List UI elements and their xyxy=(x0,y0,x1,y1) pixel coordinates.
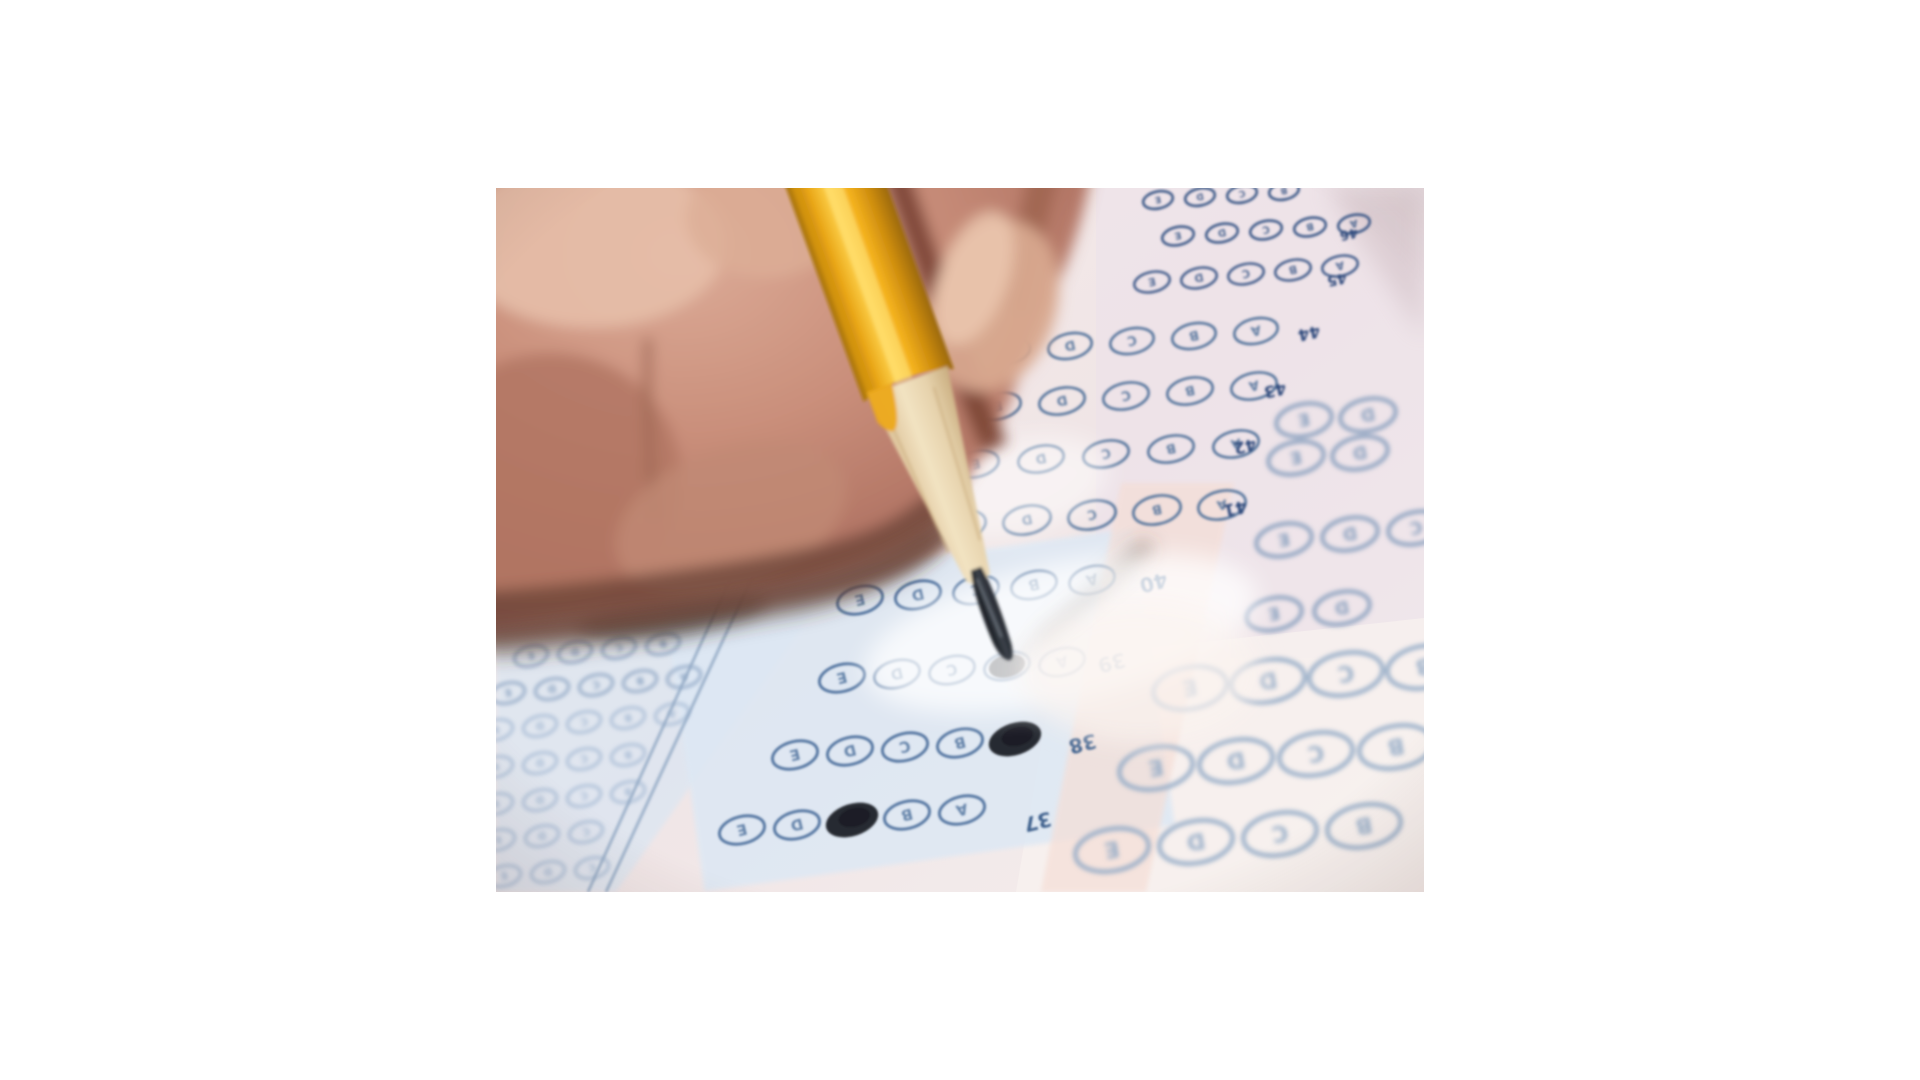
photo-scene: EDCBEDCBAEDCBAEDCBEDCBEDCEDC EDCBA40EDCA… xyxy=(496,188,1424,892)
vignette xyxy=(496,188,1424,892)
answer-sheet-photo: EDCBEDCBAEDCBAEDCBEDCBEDCEDC EDCBA40EDCA… xyxy=(496,188,1424,892)
